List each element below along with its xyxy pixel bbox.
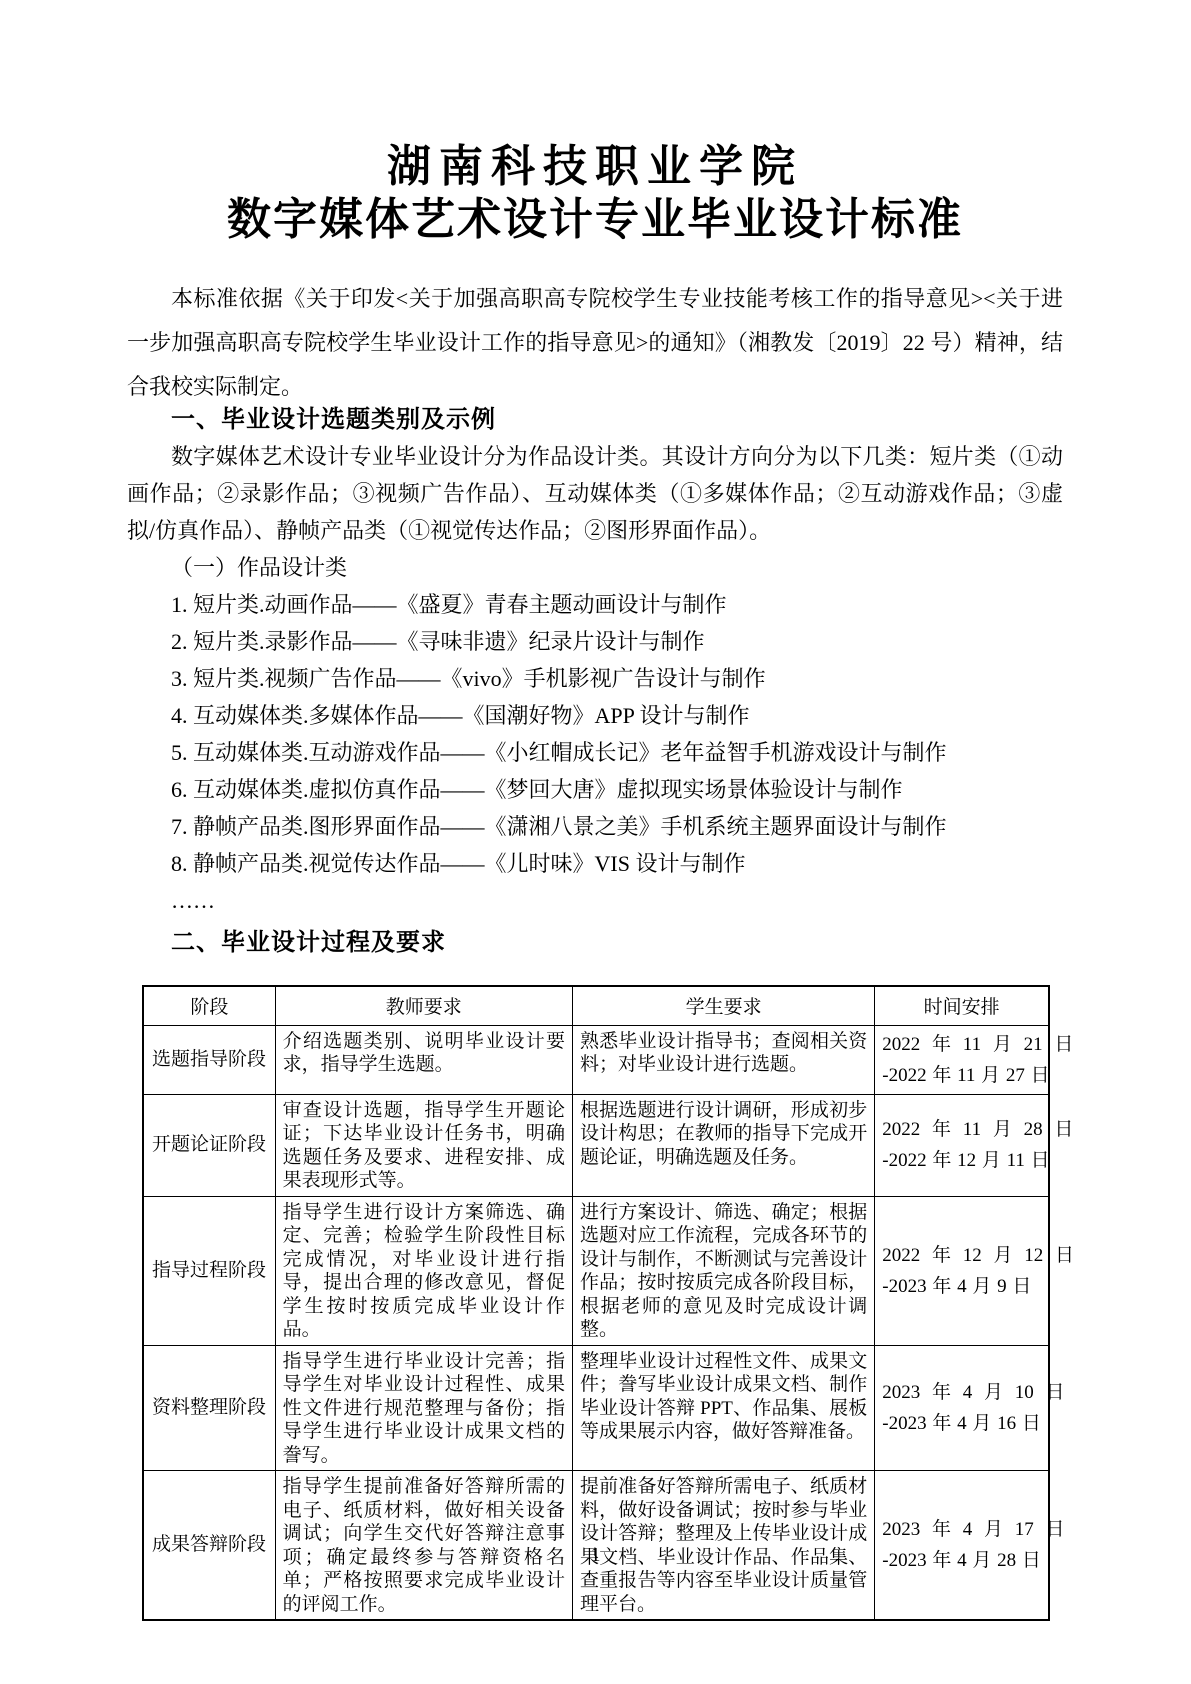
table-header-row: 阶段 教师要求 学生要求 时间安排 <box>143 986 1049 1025</box>
teacher-requirement-cell: 指导学生进行设计方案筛选、确定、完善；检验学生阶段性目标完成情况，对毕业设计进行… <box>275 1196 572 1345</box>
time-line2: -2023 年 4 月 9 日 <box>882 1271 1044 1302</box>
time-line1: 2023 年 4 月 17 日 <box>882 1514 1044 1545</box>
doc-title-line2: 数字媒体艺术设计专业毕业设计标准 <box>127 193 1063 246</box>
page-number: 1 <box>0 1543 1191 1567</box>
stage-cell: 开题论证阶段 <box>143 1094 275 1196</box>
ellipsis-line: …… <box>127 882 1063 919</box>
time-cell: 2022 年 12 月 12 日 -2023 年 4 月 9 日 <box>875 1196 1049 1345</box>
time-line2: -2022 年 12 月 11 日 <box>882 1145 1044 1176</box>
time-line2: -2023 年 4 月 16 日 <box>882 1408 1044 1439</box>
section1-subheading: （一）作品设计类 <box>127 549 1063 586</box>
stage-cell: 指导过程阶段 <box>143 1196 275 1345</box>
stage-cell: 资料整理阶段 <box>143 1345 275 1471</box>
teacher-requirement-cell: 指导学生进行毕业设计完善；指导学生对毕业设计过程性、成果性文件进行规范整理与备份… <box>275 1345 572 1471</box>
doc-title-line1: 湖南科技职业学院 <box>127 140 1063 193</box>
list-item-4: 4. 互动媒体类.多媒体作品——《国潮好物》APP 设计与制作 <box>127 697 1063 734</box>
list-item-7: 7. 静帧产品类.图形界面作品——《潇湘八景之美》手机系统主题界面设计与制作 <box>127 808 1063 845</box>
student-requirement-cell: 进行方案设计、筛选、确定；根据选题对应工作流程，完成各环节的设计与制作，不断测试… <box>572 1196 874 1345</box>
col-header-stage: 阶段 <box>143 986 275 1025</box>
process-table: 阶段 教师要求 学生要求 时间安排 选题指导阶段 介绍选题类别、说明毕业设计要求… <box>142 985 1050 1621</box>
section1-heading: 一、毕业设计选题类别及示例 <box>127 401 1063 438</box>
col-header-time: 时间安排 <box>875 986 1049 1025</box>
list-item-3: 3. 短片类.视频广告作品——《vivo》手机影视广告设计与制作 <box>127 660 1063 697</box>
time-line1: 2022 年 11 月 28 日 <box>882 1114 1044 1145</box>
table-row-3: 指导过程阶段 指导学生进行设计方案筛选、确定、完善；检验学生阶段性目标完成情况，… <box>143 1196 1049 1345</box>
list-item-1: 1. 短片类.动画作品——《盛夏》青春主题动画设计与制作 <box>127 586 1063 623</box>
intro-paragraph: 本标准依据《关于印发<关于加强高职高专院校学生专业技能考核工作的指导意见><关于… <box>127 277 1063 409</box>
list-item-6: 6. 互动媒体类.虚拟仿真作品——《梦回大唐》虚拟现实场景体验设计与制作 <box>127 771 1063 808</box>
list-item-8: 8. 静帧产品类.视觉传达作品——《儿时味》VIS 设计与制作 <box>127 845 1063 882</box>
stage-cell: 选题指导阶段 <box>143 1025 275 1094</box>
document-page: 湖南科技职业学院 数字媒体艺术设计专业毕业设计标准 本标准依据《关于印发<关于加… <box>0 0 1191 1684</box>
time-line1: 2022 年 11 月 21 日 <box>882 1029 1044 1060</box>
table-row-4: 资料整理阶段 指导学生进行毕业设计完善；指导学生对毕业设计过程性、成果性文件进行… <box>143 1345 1049 1471</box>
section1-paragraph: 数字媒体艺术设计专业毕业设计分为作品设计类。其设计方向分为以下几类：短片类（①动… <box>127 438 1063 549</box>
time-line1: 2023 年 4 月 10 日 <box>882 1377 1044 1408</box>
student-requirement-cell: 整理毕业设计过程性文件、成果文件；誊写毕业设计成果文档、制作毕业设计答辩 PPT… <box>572 1345 874 1471</box>
time-cell: 2023 年 4 月 10 日 -2023 年 4 月 16 日 <box>875 1345 1049 1471</box>
teacher-requirement-cell: 审查设计选题，指导学生开题论证；下达毕业设计任务书，明确选题任务及要求、进程安排… <box>275 1094 572 1196</box>
section2-heading: 二、毕业设计过程及要求 <box>127 924 1063 961</box>
time-cell: 2022 年 11 月 28 日 -2022 年 12 月 11 日 <box>875 1094 1049 1196</box>
time-line1: 2022 年 12 月 12 日 <box>882 1240 1044 1271</box>
student-requirement-cell: 根据选题进行设计调研，形成初步设计构思；在教师的指导下完成开题论证，明确选题及任… <box>572 1094 874 1196</box>
time-cell: 2022 年 11 月 21 日 -2022 年 11 月 27 日 <box>875 1025 1049 1094</box>
table-row-2: 开题论证阶段 审查设计选题，指导学生开题论证；下达毕业设计任务书，明确选题任务及… <box>143 1094 1049 1196</box>
list-item-2: 2. 短片类.录影作品——《寻味非遗》纪录片设计与制作 <box>127 623 1063 660</box>
time-line2: -2022 年 11 月 27 日 <box>882 1060 1044 1091</box>
list-item-5: 5. 互动媒体类.互动游戏作品——《小红帽成长记》老年益智手机游戏设计与制作 <box>127 734 1063 771</box>
col-header-student: 学生要求 <box>572 986 874 1025</box>
table-row-1: 选题指导阶段 介绍选题类别、说明毕业设计要求，指导学生选题。 熟悉毕业设计指导书… <box>143 1025 1049 1094</box>
teacher-requirement-cell: 介绍选题类别、说明毕业设计要求，指导学生选题。 <box>275 1025 572 1094</box>
col-header-teacher: 教师要求 <box>275 986 572 1025</box>
student-requirement-cell: 熟悉毕业设计指导书；查阅相关资料；对毕业设计进行选题。 <box>572 1025 874 1094</box>
